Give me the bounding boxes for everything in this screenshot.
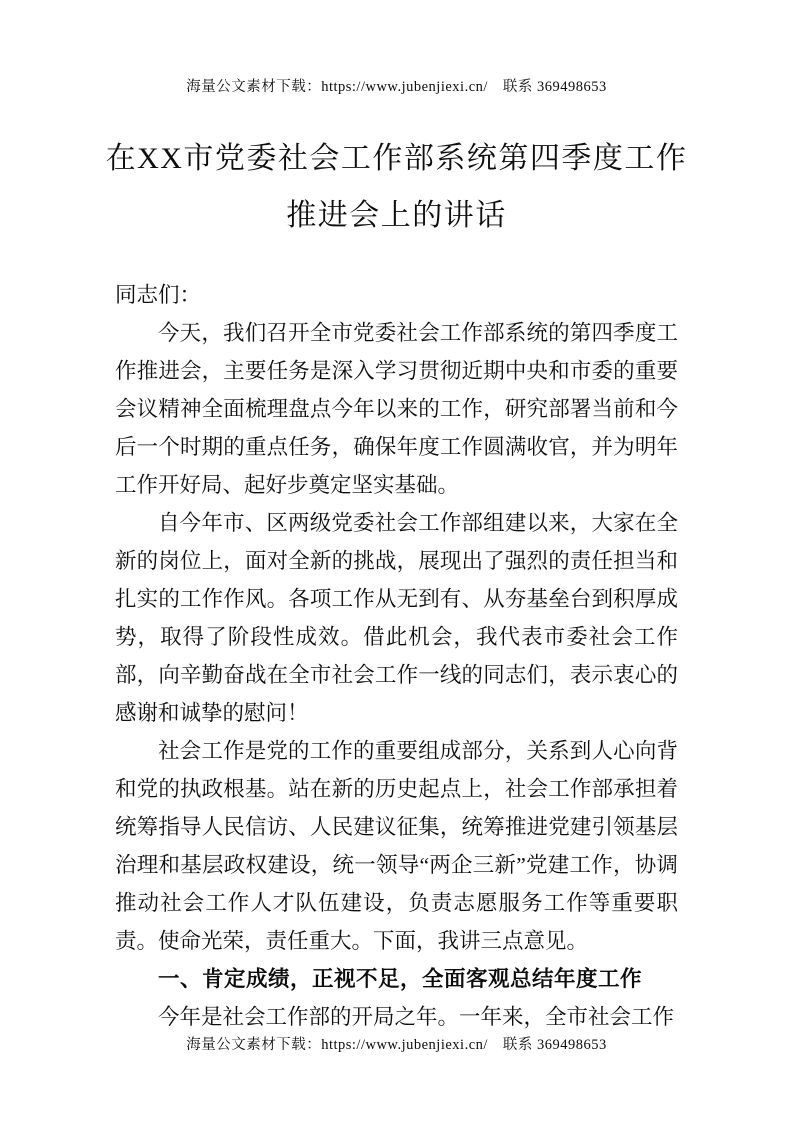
paragraph-opening: 今天，我们召开全市党委社会工作部系统的第四季度工作推进会，主要任务是深入学习贯彻… [115,314,678,504]
paragraph-truncated: 今年是社会工作部的开局之年。一年来，全市社会工作 [115,998,678,1036]
header-watermark: 海量公文素材下载：https://www.jubenjiexi.cn/ 联系 3… [0,75,793,96]
page-title: 在XX市党委社会工作部系统第四季度工作 推进会上的讲话 [58,130,735,244]
salutation: 同志们： [115,276,678,314]
title-line-2: 推进会上的讲话 [58,187,735,244]
document-page: 海量公文素材下载：https://www.jubenjiexi.cn/ 联系 3… [0,0,793,1122]
paragraph-appreciation: 自今年市、区两级党委社会工作部组建以来，大家在全新的岗位上，面对全新的挑战，展现… [115,504,678,732]
paragraph-responsibilities: 社会工作是党的工作的重要组成部分，关系到人心向背和党的执政根基。站在新的历史起点… [115,732,678,960]
document-body: 同志们： 今天，我们召开全市党委社会工作部系统的第四季度工作推进会，主要任务是深… [115,276,678,1036]
section-heading: 一、肯定成绩，正视不足，全面客观总结年度工作 [115,960,678,998]
title-line-1: 在XX市党委社会工作部系统第四季度工作 [58,130,735,187]
footer-watermark: 海量公文素材下载：https://www.jubenjiexi.cn/ 联系 3… [0,1033,793,1054]
